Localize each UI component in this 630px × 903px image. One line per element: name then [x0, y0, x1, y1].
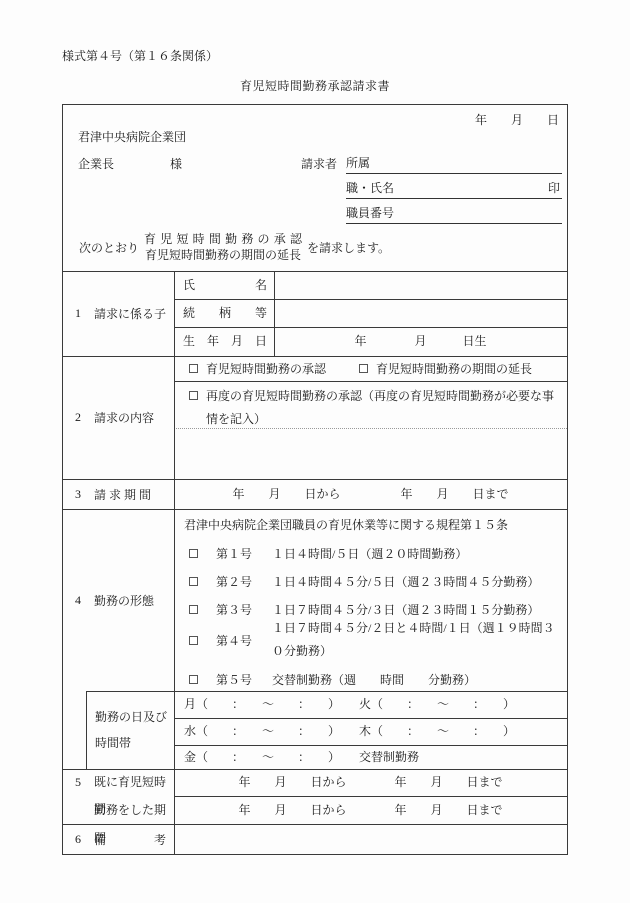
section6-title: 備 考 [94, 831, 166, 848]
schedule-label-line1: 勤務の日及び [95, 704, 174, 730]
type3-text: １日７時間４５分/３日（週２３時間１５分勤務） [272, 601, 539, 618]
regulation-reference: 君津中央病院企業団職員の育児休業等に関する規程第１５条 [184, 515, 508, 535]
birthdate-value[interactable]: 年 月 日生 [274, 327, 567, 356]
section1-label: 1 請求に係る子 [63, 271, 174, 356]
type5-number: 第５号 [216, 671, 262, 688]
seal-mark: 印 [548, 178, 560, 198]
previous-period-1[interactable]: 年 月 日から 年 月 日まで [174, 769, 567, 796]
work-type-2-row: 第２号 １日４時間４５分/５日（週２３時間４５分勤務） [174, 568, 567, 594]
child-name-value[interactable] [274, 271, 567, 299]
name-field[interactable]: 職・氏名 印 [346, 178, 562, 199]
schedule-row-fri-shift: 金（ ： ～ ： ） 交替制勤務 [174, 745, 567, 769]
type2-text: １日４時間４５分/５日（週２３時間４５分勤務） [272, 573, 539, 590]
schedule-shift-label: 交替制勤務 [359, 745, 419, 769]
affiliation-label: 所属 [346, 156, 370, 170]
schedule-tue[interactable]: 火（ ： ～ ： ） [359, 691, 515, 718]
form-number: 様式第４号（第１６条関係） [62, 47, 218, 65]
section4-number: 4 [75, 593, 94, 608]
request-period-value[interactable]: 年 月 日から 年 月 日まで [174, 479, 567, 509]
employee-no-field[interactable]: 職員番号 [346, 203, 562, 224]
section3-number: 3 [75, 487, 94, 502]
request-option-re-approval-row: 再度の育児短時間勤務の承認（再度の育児短時間勤務が必要な事情を記入） [174, 385, 567, 431]
page-title: 育児短時間勤務承認請求書 [0, 77, 630, 94]
type4-text: １日７時間４５分/２日と４時間/１日（週１９時間３０分勤務） [272, 617, 564, 663]
organization-name: 君津中央病院企業団 [78, 127, 186, 147]
schedule-wed[interactable]: 水（ ： ～ ： ） [174, 718, 359, 745]
section6-number: 6 [75, 832, 94, 847]
request-choice-stack: 育 児 短 時 間 勤 務 の 承 認 育児短時間勤務の期間の延長 [144, 231, 302, 263]
section6-label: 6 備 考 [63, 824, 174, 855]
section2-number: 2 [75, 410, 94, 425]
employee-no-label: 職員番号 [346, 206, 394, 220]
schedule-mon[interactable]: 月（ ： ～ ： ） [174, 691, 359, 718]
request-options-row: 育児短時間勤務の承認 育児短時間勤務の期間の延長 [174, 356, 567, 381]
section5-label-line1: 5 既に育児短時間 [63, 769, 174, 796]
intro-prefix: 次のとおり [79, 239, 139, 256]
option-extension-label: 育児短時間勤務の期間の延長 [376, 360, 532, 377]
section2-label: 2 請求の内容 [63, 356, 174, 479]
choice-extension: 育児短時間勤務の期間の延長 [144, 247, 302, 263]
checkbox-type5[interactable] [189, 675, 198, 684]
section1-title: 請求に係る子 [94, 305, 166, 322]
work-type-4-row: 第４号 １日７時間４５分/２日と４時間/１日（週１９時間３０分勤務） [174, 617, 567, 663]
schedule-label: 勤務の日及び 時間帯 [86, 691, 174, 769]
checkbox-type1[interactable] [189, 549, 198, 558]
section2-title: 請求の内容 [94, 409, 154, 426]
schedule-row-mon-tue: 月（ ： ～ ： ） 火（ ： ～ ： ） [174, 691, 567, 718]
section5-number: 5 [75, 769, 94, 796]
option-re-approval-label: 再度の育児短時間勤務の承認（再度の育児短時間勤務が必要な事情を記入） [206, 385, 558, 431]
schedule-label-line2: 時間帯 [95, 730, 174, 756]
type1-text: １日４時間/５日（週２０時間勤務） [272, 545, 467, 562]
schedule-thu[interactable]: 木（ ： ～ ： ） [359, 718, 515, 745]
requester-label: 請求者 [301, 154, 337, 174]
work-type-1-row: 第１号 １日４時間/５日（週２０時間勤務） [174, 540, 567, 566]
type5-text: 交替制勤務（週 時間 分勤務） [272, 671, 476, 688]
form-table: 年 月 日 君津中央病院企業団 企業長様 請求者 所属 職・氏名 印 職員番号 … [62, 104, 568, 855]
birthdate-label: 生 年 月 日 [174, 327, 274, 356]
previous-period-2[interactable]: 年 月 日から 年 月 日まで [174, 796, 567, 824]
checkbox-extension[interactable] [359, 364, 368, 373]
honorific: 様 [170, 157, 182, 171]
affiliation-field[interactable]: 所属 [346, 153, 562, 174]
addressee: 企業長 [78, 157, 114, 171]
section3-title: 請 求 期 間 [94, 486, 151, 503]
type3-number: 第３号 [216, 601, 262, 618]
date-line: 年 月 日 [475, 110, 559, 130]
checkbox-approval[interactable] [189, 364, 198, 373]
addressee-line: 企業長様 [78, 154, 182, 174]
section4-label: 4 勤務の形態 [63, 509, 174, 691]
work-type-5-row: 第５号 交替制勤務（週 時間 分勤務） [174, 666, 567, 692]
checkbox-type4[interactable] [189, 636, 198, 645]
section5-title-part1: 既に育児短時間 [94, 769, 174, 796]
intro-suffix: を請求します。 [307, 239, 390, 256]
work-form-options: 君津中央病院企業団職員の育児休業等に関する規程第１５条 第１号 １日４時間/５日… [174, 509, 567, 691]
type1-number: 第１号 [216, 545, 262, 562]
remarks-value[interactable] [174, 824, 567, 855]
relationship-label: 続 柄 等 [174, 299, 274, 327]
checkbox-re-approval[interactable] [189, 391, 198, 400]
name-label: 職・氏名 [346, 181, 394, 195]
schedule-fri[interactable]: 金（ ： ～ ： ） [174, 745, 359, 769]
option-approval-label: 育児短時間勤務の承認 [206, 360, 326, 377]
type2-number: 第２号 [216, 573, 262, 590]
request-intro: 次のとおり 育 児 短 時 間 勤 務 の 承 認 育児短時間勤務の期間の延長 … [79, 229, 390, 265]
form-page: 様式第４号（第１６条関係） 育児短時間勤務承認請求書 年 月 日 君津中央病院企… [0, 0, 630, 903]
checkbox-type2[interactable] [189, 577, 198, 586]
type4-number: 第４号 [216, 632, 262, 649]
choice-approval: 育 児 短 時 間 勤 務 の 承 認 [144, 231, 302, 247]
section4-title: 勤務の形態 [94, 592, 154, 609]
schedule-row-wed-thu: 水（ ： ～ ： ） 木（ ： ～ ： ） [174, 718, 567, 745]
section1-number: 1 [75, 306, 94, 321]
section5-label-line2: 勤務をした期間 [63, 796, 174, 824]
section3-label: 3 請 求 期 間 [63, 479, 174, 509]
grid-line [174, 381, 567, 382]
relationship-value[interactable] [274, 299, 567, 327]
checkbox-type3[interactable] [189, 605, 198, 614]
child-name-label: 氏 名 [174, 271, 274, 299]
